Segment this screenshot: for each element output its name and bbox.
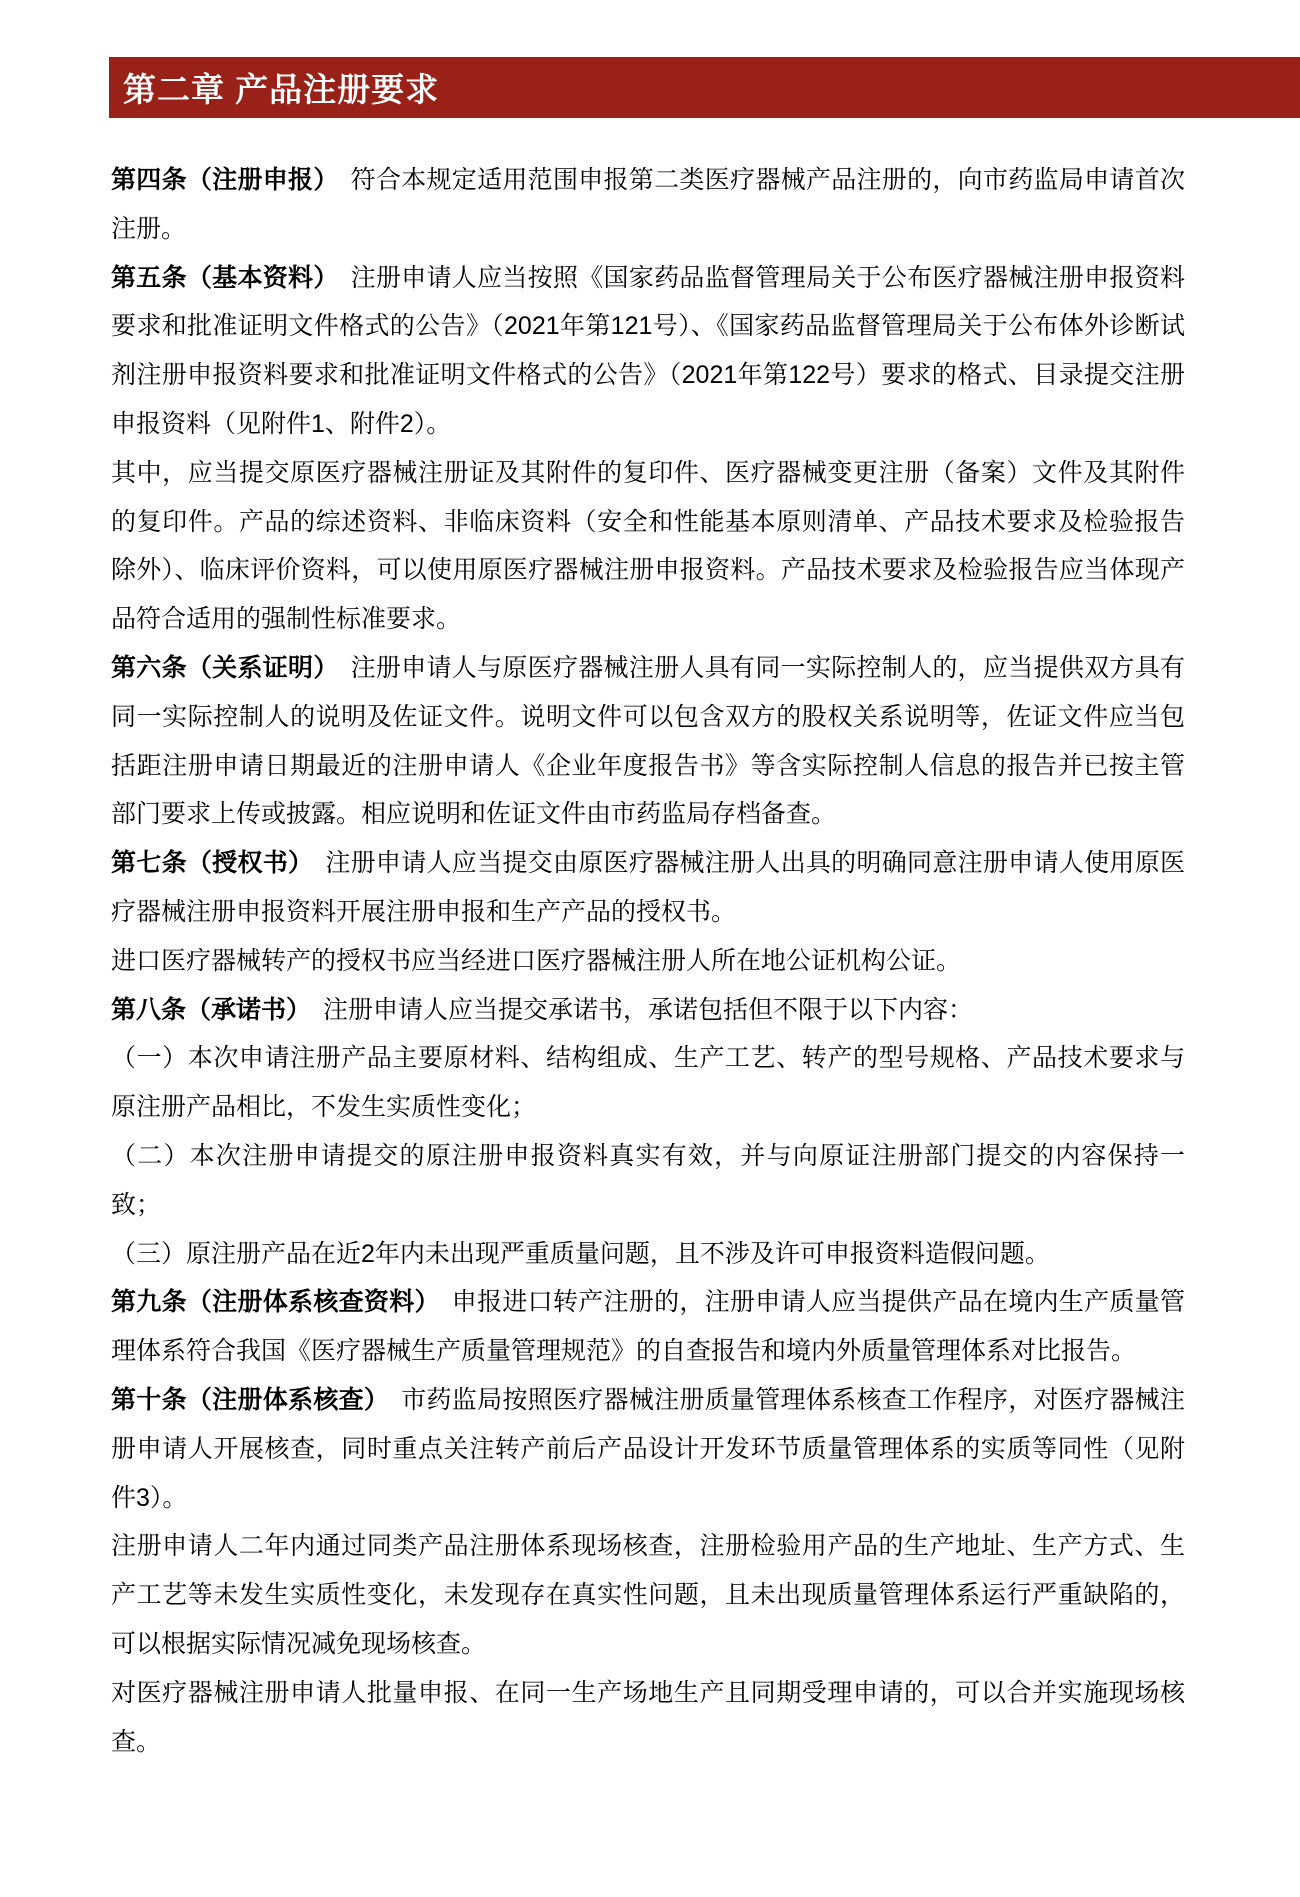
article-term: 第五条（基本资料） bbox=[111, 264, 339, 292]
chapter-header-banner: 第二章 产品注册要求 bbox=[109, 57, 1300, 118]
article-term: 第六条（关系证明） bbox=[111, 654, 339, 682]
paragraph-article-6: 第六条（关系证明）注册申请人与原医疗器械注册人具有同一实际控制人的，应当提供双方… bbox=[111, 644, 1185, 839]
article-term: 第九条（注册体系核查资料） bbox=[111, 1288, 440, 1316]
paragraph-text: （三）原注册产品在近2年内未出现严重质量问题，且不涉及许可申报资料造假问题。 bbox=[111, 1240, 1050, 1268]
paragraph-text: 其中，应当提交原医疗器械注册证及其附件的复印件、医疗器械变更注册（备案）文件及其… bbox=[111, 459, 1185, 633]
paragraph-article-8-item-1: （一）本次申请注册产品主要原材料、结构组成、生产工艺、转产的型号规格、产品技术要… bbox=[111, 1034, 1185, 1132]
paragraph-article-5: 第五条（基本资料）注册申请人应当按照《国家药品监督管理局关于公布医疗器械注册申报… bbox=[111, 254, 1185, 449]
paragraph-article-5-supplement: 其中，应当提交原医疗器械注册证及其附件的复印件、医疗器械变更注册（备案）文件及其… bbox=[111, 449, 1185, 644]
paragraph-article-7-supplement: 进口医疗器械转产的授权书应当经进口医疗器械注册人所在地公证机构公证。 bbox=[111, 937, 1185, 986]
paragraph-article-8-item-2: （二）本次注册申请提交的原注册申报资料真实有效，并与向原证注册部门提交的内容保持… bbox=[111, 1132, 1185, 1230]
paragraph-article-10-supplement-2: 对医疗器械注册申请人批量申报、在同一生产场地生产且同期受理申请的，可以合并实施现… bbox=[111, 1669, 1185, 1767]
document-page: { "document": { "chapter_header": { "tit… bbox=[0, 0, 1300, 1897]
article-term: 第十条（注册体系核查） bbox=[111, 1386, 389, 1414]
paragraph-text: 注册申请人二年内通过同类产品注册体系现场核查，注册检验用产品的生产地址、生产方式… bbox=[111, 1532, 1185, 1658]
paragraph-article-8-item-3: （三）原注册产品在近2年内未出现严重质量问题，且不涉及许可申报资料造假问题。 bbox=[111, 1230, 1185, 1279]
paragraph-text: （二）本次注册申请提交的原注册申报资料真实有效，并与向原证注册部门提交的内容保持… bbox=[111, 1142, 1185, 1219]
paragraph-text: （一）本次申请注册产品主要原材料、结构组成、生产工艺、转产的型号规格、产品技术要… bbox=[111, 1044, 1185, 1121]
article-term: 第八条（承诺书） bbox=[111, 996, 311, 1024]
article-term: 第四条（注册申报） bbox=[111, 166, 339, 194]
paragraph-article-8: 第八条（承诺书）注册申请人应当提交承诺书，承诺包括但不限于以下内容： bbox=[111, 986, 1185, 1035]
article-term: 第七条（授权书） bbox=[111, 849, 313, 877]
paragraph-text: 进口医疗器械转产的授权书应当经进口医疗器械注册人所在地公证机构公证。 bbox=[111, 947, 961, 975]
paragraph-text: 对医疗器械注册申请人批量申报、在同一生产场地生产且同期受理申请的，可以合并实施现… bbox=[111, 1679, 1185, 1756]
document-body: 第四条（注册申报）符合本规定适用范围申报第二类医疗器械产品注册的，向市药监局申请… bbox=[111, 156, 1185, 1766]
paragraph-article-9: 第九条（注册体系核查资料）申报进口转产注册的，注册申请人应当提供产品在境内生产质… bbox=[111, 1278, 1185, 1376]
paragraph-article-4: 第四条（注册申报）符合本规定适用范围申报第二类医疗器械产品注册的，向市药监局申请… bbox=[111, 156, 1185, 254]
paragraph-article-10-supplement-1: 注册申请人二年内通过同类产品注册体系现场核查，注册检验用产品的生产地址、生产方式… bbox=[111, 1522, 1185, 1668]
paragraph-article-10: 第十条（注册体系核查）市药监局按照医疗器械注册质量管理体系核查工作程序，对医疗器… bbox=[111, 1376, 1185, 1522]
paragraph-article-7: 第七条（授权书）注册申请人应当提交由原医疗器械注册人出具的明确同意注册申请人使用… bbox=[111, 839, 1185, 937]
chapter-title: 第二章 产品注册要求 bbox=[123, 64, 439, 111]
paragraph-text: 注册申请人应当提交承诺书，承诺包括但不限于以下内容： bbox=[323, 996, 973, 1024]
